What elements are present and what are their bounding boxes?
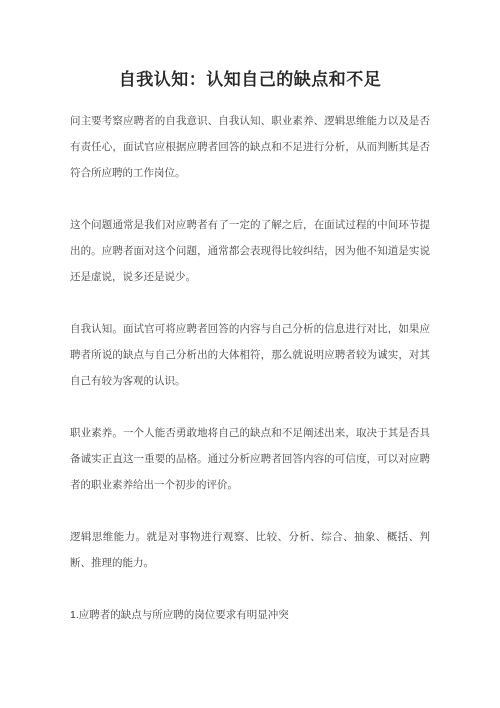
article-content: 自我认知：认知自己的缺点和不足 问主要考察应聘者的自我意识、自我认知、职业素养、… [0, 0, 500, 628]
numbered-point-1: 1.应聘者的缺点与所应聘的岗位要求有明显冲突 [70, 602, 430, 628]
paragraph-self-cognition: 自我认知。面试官可将应聘者回答的内容与自己分析的信息进行对比，如果应聘者所说的缺… [70, 316, 430, 394]
page-title: 自我认知：认知自己的缺点和不足 [70, 66, 430, 94]
paragraph-question-context: 这个问题通常是我们对应聘者有了一定的了解之后，在面试过程的中间环节提出的。应聘者… [70, 212, 430, 290]
paragraph-logical-thinking: 逻辑思维能力。就是对事物进行观察、比较、分析、综合、抽象、概括、判断、推理的能力… [70, 524, 430, 576]
paragraph-intro: 问主要考察应聘者的自我意识、自我认知、职业素养、逻辑思维能力以及是否有责任心，面… [70, 108, 430, 186]
article-page: 自我认知：认知自己的缺点和不足 问主要考察应聘者的自我意识、自我认知、职业素养、… [0, 0, 500, 708]
paragraph-professionalism: 职业素养。一个人能否勇敢地将自己的缺点和不足阐述出来，取决于其是否具备诚实正直这… [70, 420, 430, 498]
